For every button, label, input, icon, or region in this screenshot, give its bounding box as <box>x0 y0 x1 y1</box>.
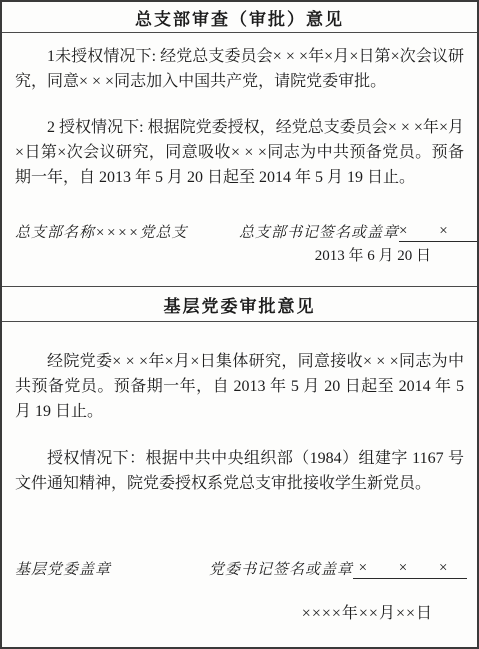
section1-signature-row: 总支部名称××××党总支 总支部书记签名或盖章 × × × <box>2 221 477 242</box>
approval-form-page: 总支部审查（审批）意见 1未授权情况下: 经党总支委员会× × ×年×月×日第×… <box>0 0 479 649</box>
section1-unauthorized-case-paragraph: 1未授权情况下: 经党总支委员会× × ×年×月×日第×次会议研究，同意× × … <box>2 33 477 94</box>
section1-title-bar: 总支部审查（审批）意见 <box>2 2 477 33</box>
section1-date: 2013 年 6 月 20 日 <box>2 244 477 265</box>
branch-secretary-signature-line: × × × <box>399 223 479 242</box>
section2-committee-approval-paragraph: 经院党委× × ×年×月×日集体研究，同意接收× × ×同志为中共预备党员。预备… <box>2 322 477 424</box>
branch-name-label: 总支部名称××××党总支 <box>15 221 239 242</box>
section1-body: 1未授权情况下: 经党总支委员会× × ×年×月×日第×次会议研究，同意× × … <box>2 33 477 286</box>
committee-secretary-sign-label: 党委书记签名或盖章 <box>209 558 353 579</box>
section2-date: ××××年××月××日 <box>2 600 477 623</box>
committee-secretary-signature-line: × × × <box>353 560 467 579</box>
committee-seal-label: 基层党委盖章 <box>15 558 209 579</box>
section1-authorized-case-paragraph: 2 授权情况下: 根据院党委授权，经党总支委员会× × ×年×月×日第×次会议研… <box>2 115 477 190</box>
section2-title-bar: 基层党委审批意见 <box>2 286 477 322</box>
section1-title: 总支部审查（审批）意见 <box>135 5 344 30</box>
section2-body: 经院党委× × ×年×月×日集体研究，同意接收× × ×同志为中共预备党员。预备… <box>2 322 477 647</box>
section2-authorization-basis-paragraph: 授权情况下：根据中共中央组织部（1984）组建字 1167 号文件通知精神，院党… <box>2 446 477 496</box>
section2-signature-row: 基层党委盖章 党委书记签名或盖章 × × × <box>2 558 477 579</box>
branch-secretary-sign-label: 总支部书记签名或盖章 <box>239 221 399 242</box>
section2-title: 基层党委审批意见 <box>164 292 316 317</box>
